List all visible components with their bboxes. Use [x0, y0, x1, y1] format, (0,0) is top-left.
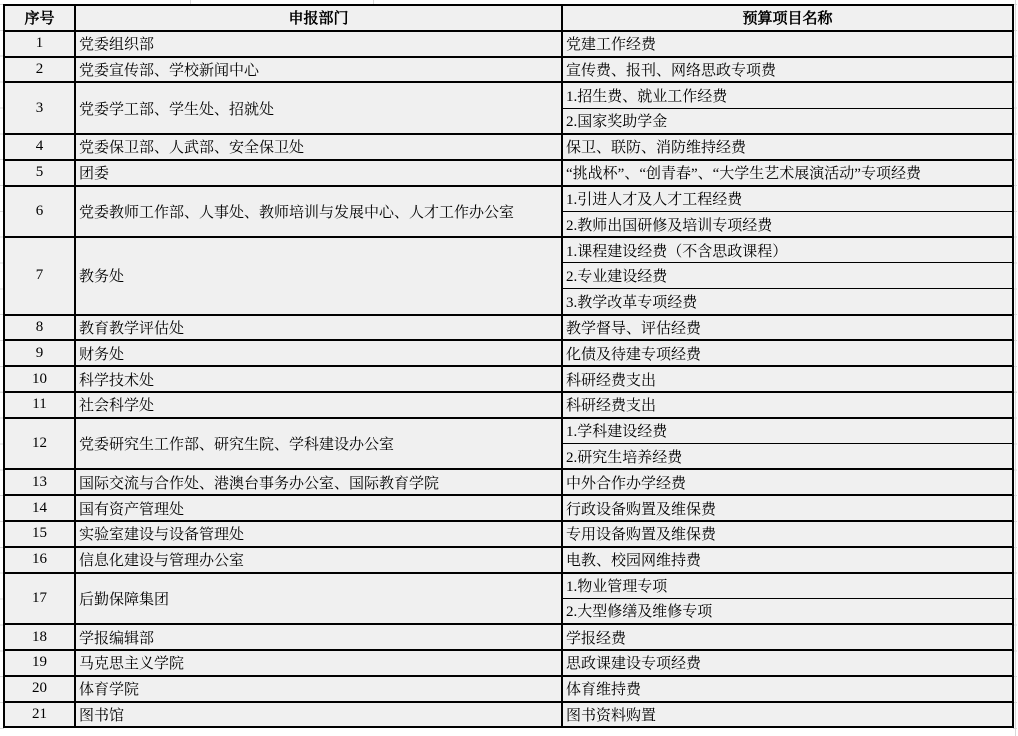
table-row: 9 财务处 化债及待建专项经费 — [4, 340, 1013, 366]
row-no-cell: 13 — [4, 469, 75, 495]
row-no-cell: 8 — [4, 315, 75, 341]
budget-item-cell: 1.物业管理专项 — [562, 573, 1013, 599]
budget-item-cell: 1.引进人才及人才工程经费 — [562, 186, 1013, 212]
budget-item-cell: 化债及待建专项经费 — [562, 340, 1013, 366]
table-row: 1 党委组织部 党建工作经费 — [4, 31, 1013, 57]
row-no-cell: 5 — [4, 160, 75, 186]
table-row: 16 信息化建设与管理办公室 电教、校园网维持费 — [4, 547, 1013, 573]
budget-item-cell: 1.学科建设经费 — [562, 418, 1013, 444]
table-row: 7 教务处 1.课程建设经费（不含思政课程） — [4, 237, 1013, 263]
department-cell: 实验室建设与设备管理处 — [75, 521, 562, 547]
budget-item-cell: 2.大型修缮及维修专项 — [562, 598, 1013, 624]
budget-item-cell: 中外合作办学经费 — [562, 469, 1013, 495]
department-cell: 国有资产管理处 — [75, 495, 562, 521]
row-no-cell: 2 — [4, 57, 75, 83]
row-no-cell: 15 — [4, 521, 75, 547]
department-cell: 团委 — [75, 160, 562, 186]
department-cell: 学报编辑部 — [75, 624, 562, 650]
table-row: 14 国有资产管理处 行政设备购置及维保费 — [4, 495, 1013, 521]
budget-item-cell: 行政设备购置及维保费 — [562, 495, 1013, 521]
budget-item-cell: 3.教学改革专项经费 — [562, 289, 1013, 315]
department-cell: 党委教师工作部、人事处、教师培训与发展中心、人才工作办公室 — [75, 186, 562, 238]
budget-item-cell: 2.研究生培养经费 — [562, 444, 1013, 470]
budget-item-cell: 保卫、联防、消防维持经费 — [562, 134, 1013, 160]
row-no-cell: 19 — [4, 650, 75, 676]
table-row: 17 后勤保障集团 1.物业管理专项 — [4, 573, 1013, 599]
row-no-cell: 14 — [4, 495, 75, 521]
budget-item-cell: 党建工作经费 — [562, 31, 1013, 57]
budget-item-cell: “挑战杯”、“创青春”、“大学生艺术展演活动”专项经费 — [562, 160, 1013, 186]
budget-item-cell: 图书资料购置 — [562, 702, 1013, 728]
row-no-cell: 7 — [4, 237, 75, 314]
budget-item-cell: 思政课建设专项经费 — [562, 650, 1013, 676]
department-cell: 党委学工部、学生处、招就处 — [75, 82, 562, 134]
table-row: 6 党委教师工作部、人事处、教师培训与发展中心、人才工作办公室 1.引进人才及人… — [4, 186, 1013, 212]
budget-item-cell: 专用设备购置及维保费 — [562, 521, 1013, 547]
budget-item-cell: 2.教师出国研修及培训专项经费 — [562, 211, 1013, 237]
row-no-cell: 11 — [4, 392, 75, 418]
table-row: 15 实验室建设与设备管理处 专用设备购置及维保费 — [4, 521, 1013, 547]
department-cell: 图书馆 — [75, 702, 562, 728]
header-dept: 申报部门 — [75, 5, 562, 31]
row-no-cell: 3 — [4, 82, 75, 134]
budget-item-cell: 学报经费 — [562, 624, 1013, 650]
table-row: 21 图书馆 图书资料购置 — [4, 702, 1013, 728]
header-row: 序号 申报部门 预算项目名称 — [4, 5, 1013, 31]
department-cell: 科学技术处 — [75, 366, 562, 392]
table-row: 8 教育教学评估处 教学督导、评估经费 — [4, 315, 1013, 341]
row-no-cell: 21 — [4, 702, 75, 728]
department-cell: 党委组织部 — [75, 31, 562, 57]
budget-item-cell: 科研经费支出 — [562, 392, 1013, 418]
row-no-cell: 17 — [4, 573, 75, 625]
row-no-cell: 10 — [4, 366, 75, 392]
table-row: 12 党委研究生工作部、研究生院、学科建设办公室 1.学科建设经费 — [4, 418, 1013, 444]
table-row: 19 马克思主义学院 思政课建设专项经费 — [4, 650, 1013, 676]
row-no-cell: 18 — [4, 624, 75, 650]
department-cell: 国际交流与合作处、港澳台事务办公室、国际教育学院 — [75, 469, 562, 495]
row-no-cell: 6 — [4, 186, 75, 238]
table-row: 5 团委 “挑战杯”、“创青春”、“大学生艺术展演活动”专项经费 — [4, 160, 1013, 186]
header-budget: 预算项目名称 — [562, 5, 1013, 31]
budget-item-cell: 2.国家奖助学金 — [562, 108, 1013, 134]
budget-projects-table: 序号 申报部门 预算项目名称 1 党委组织部 党建工作经费 2 党委宣传部、学校… — [3, 4, 1014, 728]
budget-item-cell: 电教、校园网维持费 — [562, 547, 1013, 573]
department-cell: 教育教学评估处 — [75, 315, 562, 341]
table-row: 3 党委学工部、学生处、招就处 1.招生费、就业工作经费 — [4, 82, 1013, 108]
budget-item-cell: 教学督导、评估经费 — [562, 315, 1013, 341]
department-cell: 教务处 — [75, 237, 562, 314]
table-row: 4 党委保卫部、人武部、安全保卫处 保卫、联防、消防维持经费 — [4, 134, 1013, 160]
department-cell: 后勤保障集团 — [75, 573, 562, 625]
table-row: 11 社会科学处 科研经费支出 — [4, 392, 1013, 418]
department-cell: 信息化建设与管理办公室 — [75, 547, 562, 573]
row-no-cell: 1 — [4, 31, 75, 57]
department-cell: 党委研究生工作部、研究生院、学科建设办公室 — [75, 418, 562, 470]
table-row: 10 科学技术处 科研经费支出 — [4, 366, 1013, 392]
excel-gridline-vertical-right — [1015, 0, 1016, 736]
department-cell: 党委宣传部、学校新闻中心 — [75, 57, 562, 83]
table-row: 13 国际交流与合作处、港澳台事务办公室、国际教育学院 中外合作办学经费 — [4, 469, 1013, 495]
budget-item-cell: 宣传费、报刊、网络思政专项费 — [562, 57, 1013, 83]
budget-item-cell: 1.招生费、就业工作经费 — [562, 82, 1013, 108]
department-cell: 马克思主义学院 — [75, 650, 562, 676]
budget-item-cell: 1.课程建设经费（不含思政课程） — [562, 237, 1013, 263]
table-row: 2 党委宣传部、学校新闻中心 宣传费、报刊、网络思政专项费 — [4, 57, 1013, 83]
department-cell: 社会科学处 — [75, 392, 562, 418]
department-cell: 体育学院 — [75, 676, 562, 702]
row-no-cell: 16 — [4, 547, 75, 573]
department-cell: 党委保卫部、人武部、安全保卫处 — [75, 134, 562, 160]
table-row: 20 体育学院 体育维持费 — [4, 676, 1013, 702]
table-row: 18 学报编辑部 学报经费 — [4, 624, 1013, 650]
row-no-cell: 12 — [4, 418, 75, 470]
budget-item-cell: 2.专业建设经费 — [562, 263, 1013, 289]
row-no-cell: 4 — [4, 134, 75, 160]
budget-item-cell: 体育维持费 — [562, 676, 1013, 702]
department-cell: 财务处 — [75, 340, 562, 366]
row-no-cell: 20 — [4, 676, 75, 702]
budget-item-cell: 科研经费支出 — [562, 366, 1013, 392]
header-no: 序号 — [4, 5, 75, 31]
row-no-cell: 9 — [4, 340, 75, 366]
